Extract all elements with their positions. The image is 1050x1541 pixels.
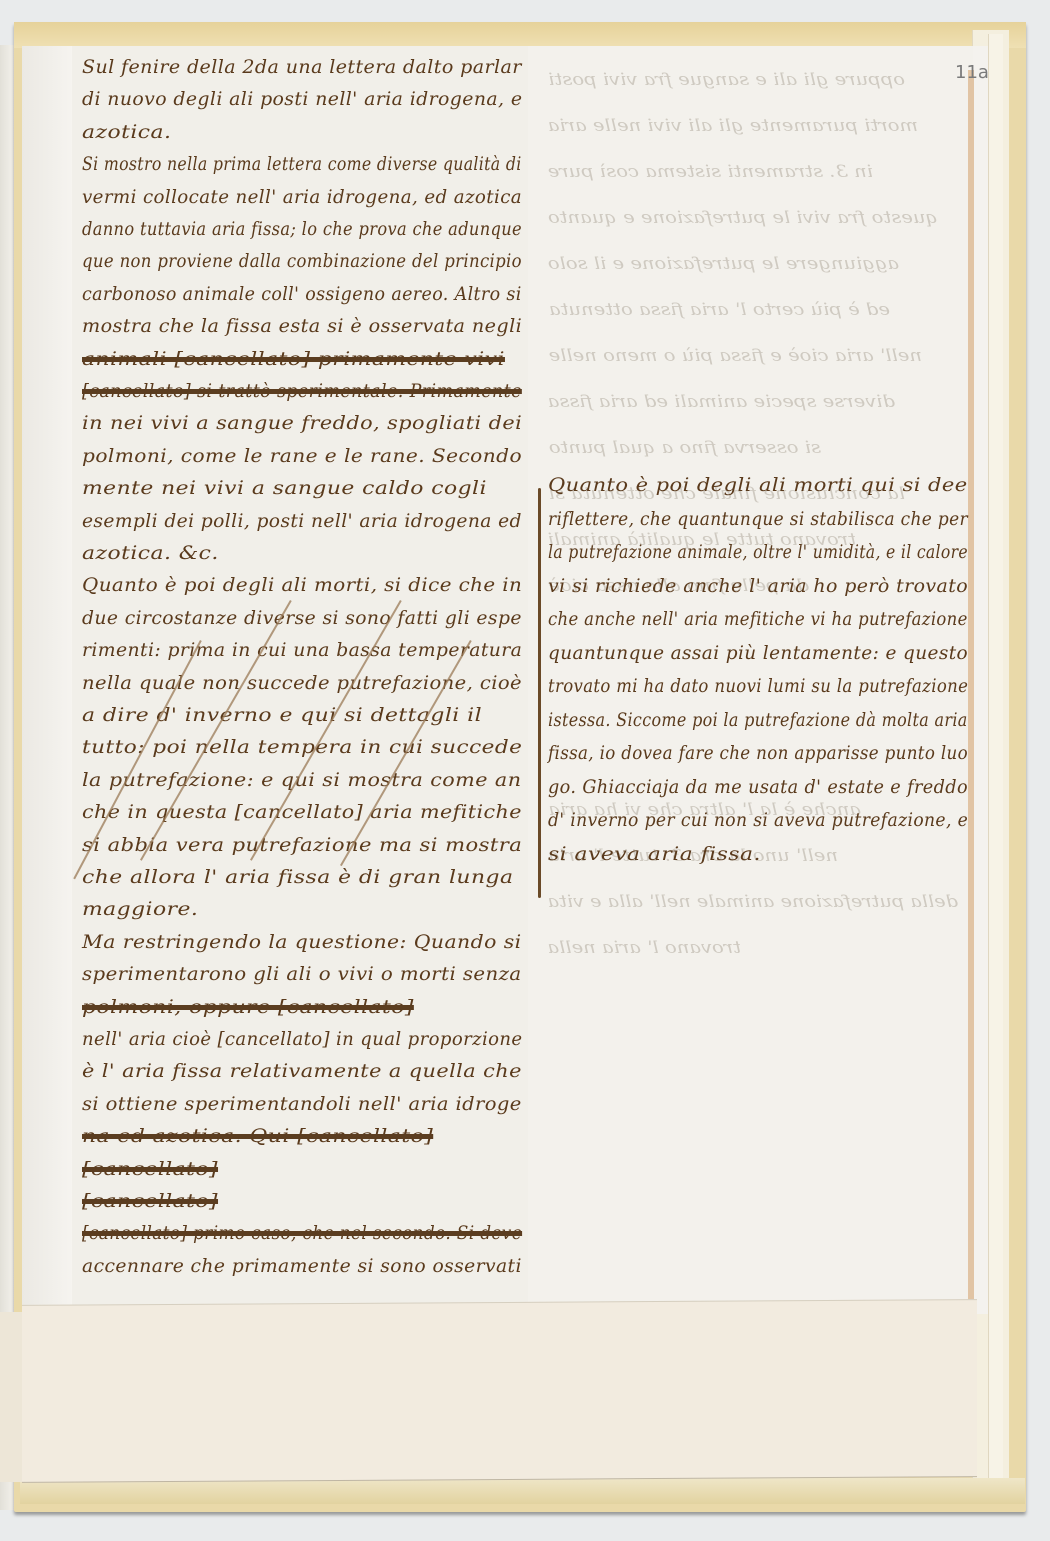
handwritten-line: fissa, io dovea fare che non apparisse p… [548, 742, 968, 764]
bottom-guard-paper [22, 1299, 977, 1483]
handwritten-line: go. Ghiacciaja da me usata d' estate e f… [548, 776, 968, 798]
handwritten-line: azotica. &c. [82, 542, 219, 564]
mount-top-band [14, 22, 1026, 48]
handwritten-line: vi si richiede anche l' aria ho però tro… [548, 575, 968, 597]
handwritten-line: si ottiene sperimentandoli nell' aria id… [82, 1093, 522, 1115]
handwritten-line: che anche nell' aria mefitiche vi ha put… [548, 608, 968, 630]
handwritten-line: sperimentarono gli ali o vivi o morti se… [82, 963, 522, 985]
stained-edge [968, 70, 974, 1310]
handwritten-line: istessa. Siccome poi la putrefazione dà … [548, 709, 968, 731]
handwritten-line: esempli dei polli, posti nell' aria idro… [82, 510, 522, 532]
handwritten-line: polmoni, oppure [cancellato] [82, 996, 414, 1018]
handwritten-line: è l' aria fissa relativamente a quella c… [82, 1060, 522, 1082]
handwritten-line: di nuovo degli ali posti nell' aria idro… [82, 88, 522, 110]
handwritten-line: Ma restringendo la questione: Quando si [82, 931, 522, 953]
guard-strip-left [0, 1312, 23, 1482]
handwritten-line: due circostanze diverse si sono fatti gl… [82, 607, 522, 629]
handwritten-line: que non proviene dalla combinazione del … [82, 250, 522, 272]
bleed-through-line: ed è più certo l' aria fissa ottenuta [549, 300, 890, 320]
handwritten-line: la putrefazione animale, oltre l' umidit… [548, 541, 968, 563]
gutter-shadow [22, 46, 74, 1314]
handwritten-line: maggiore. [82, 898, 198, 920]
handwritten-line: in nei vivi a sangue freddo, spogliati d… [82, 412, 522, 434]
handwritten-line: polmoni, come le rane e le rane. Secondo [82, 445, 522, 467]
handwritten-line: quantunque assai più lentamente: e quest… [548, 642, 968, 664]
handwritten-line: na ed azotica. Qui [cancellato] [82, 1125, 433, 1147]
bleed-through-line: in 3. stramenti sistema così pure [548, 162, 873, 182]
handwritten-line: trovato mi ha dato nuovi lumi su la putr… [548, 675, 968, 697]
handwritten-line: nell' aria cioè [cancellato] in qual pro… [82, 1028, 522, 1050]
bleed-through-line: nell' aria cioè e fissa più o meno nelle [548, 346, 921, 366]
handwritten-line: che in questa [cancellato] aria mefitich… [82, 801, 522, 823]
leaf-edge [988, 34, 1003, 1494]
handwritten-line: che allora l' aria fissa è di gran lunga [82, 866, 513, 888]
handwritten-line: [cancellato] si trattò sperimentale. Pri… [82, 380, 522, 402]
handwritten-line: riflettere, che quantunque si stabilisca… [548, 508, 968, 530]
handwritten-line: Quanto è poi degli ali morti, si dice ch… [82, 574, 522, 596]
handwritten-line: accennare che primamente si sono osserva… [82, 1255, 522, 1277]
bleed-through-line: morti puramente gli ali vivi nelle aria [548, 116, 918, 136]
handwritten-line: mostra che la fissa esta si è osservata … [82, 315, 522, 337]
handwritten-line: Quanto è poi degli ali morti qui si dee [548, 474, 968, 496]
bleed-through-line: oppure gli ali e sangue fra vivi posti [548, 70, 905, 90]
handwritten-line: [cancellato] [82, 1158, 218, 1180]
folio-number: 11a [955, 62, 989, 83]
bleed-through-line: trovano l' aria nella [548, 938, 742, 958]
handwritten-line: Sul fenire della 2da una lettera dalto p… [82, 56, 522, 78]
bleed-through-line: si osserva fino a qual punto [548, 438, 820, 458]
handwritten-line: animali [cancellato] primamente vivi [82, 348, 505, 370]
bleed-through-line: aggiungere le putrefazione e il solo [548, 254, 899, 274]
handwritten-line: azotica. [82, 121, 171, 143]
handwritten-line: nella quale non succede putrefazione, ci… [82, 672, 522, 694]
bleed-through-line: questo fra vivi le putrefazione e quanto [548, 208, 938, 228]
handwritten-line: rimenti: prima in cui una bassa temperat… [82, 639, 522, 661]
handwritten-line: Si mostro nella prima lettera come diver… [82, 153, 522, 175]
handwritten-line: [cancellato] [82, 1190, 218, 1212]
bleed-through-line: diverse specie animali ed aria fissa [548, 392, 895, 412]
margin-vertical-rule [538, 488, 541, 898]
handwritten-line: danno tuttavia aria fissa; lo che prova … [82, 218, 522, 240]
handwritten-line: [cancellato] primo caso, che nel secondo… [82, 1222, 522, 1244]
bleed-through-line: della putrefazione animale nell' alla e … [548, 892, 958, 912]
handwritten-line: vermi collocate nell' aria idrogena, ed … [82, 186, 522, 208]
handwritten-line: si aveva aria fissa. [548, 843, 761, 865]
handwritten-line: d' inverno per cui non si aveva putrefaz… [548, 809, 968, 831]
handwritten-line: mente nei vivi a sangue caldo cogli [82, 477, 487, 499]
handwritten-line: carbonoso animale coll' ossigeno aereo. … [82, 283, 522, 305]
